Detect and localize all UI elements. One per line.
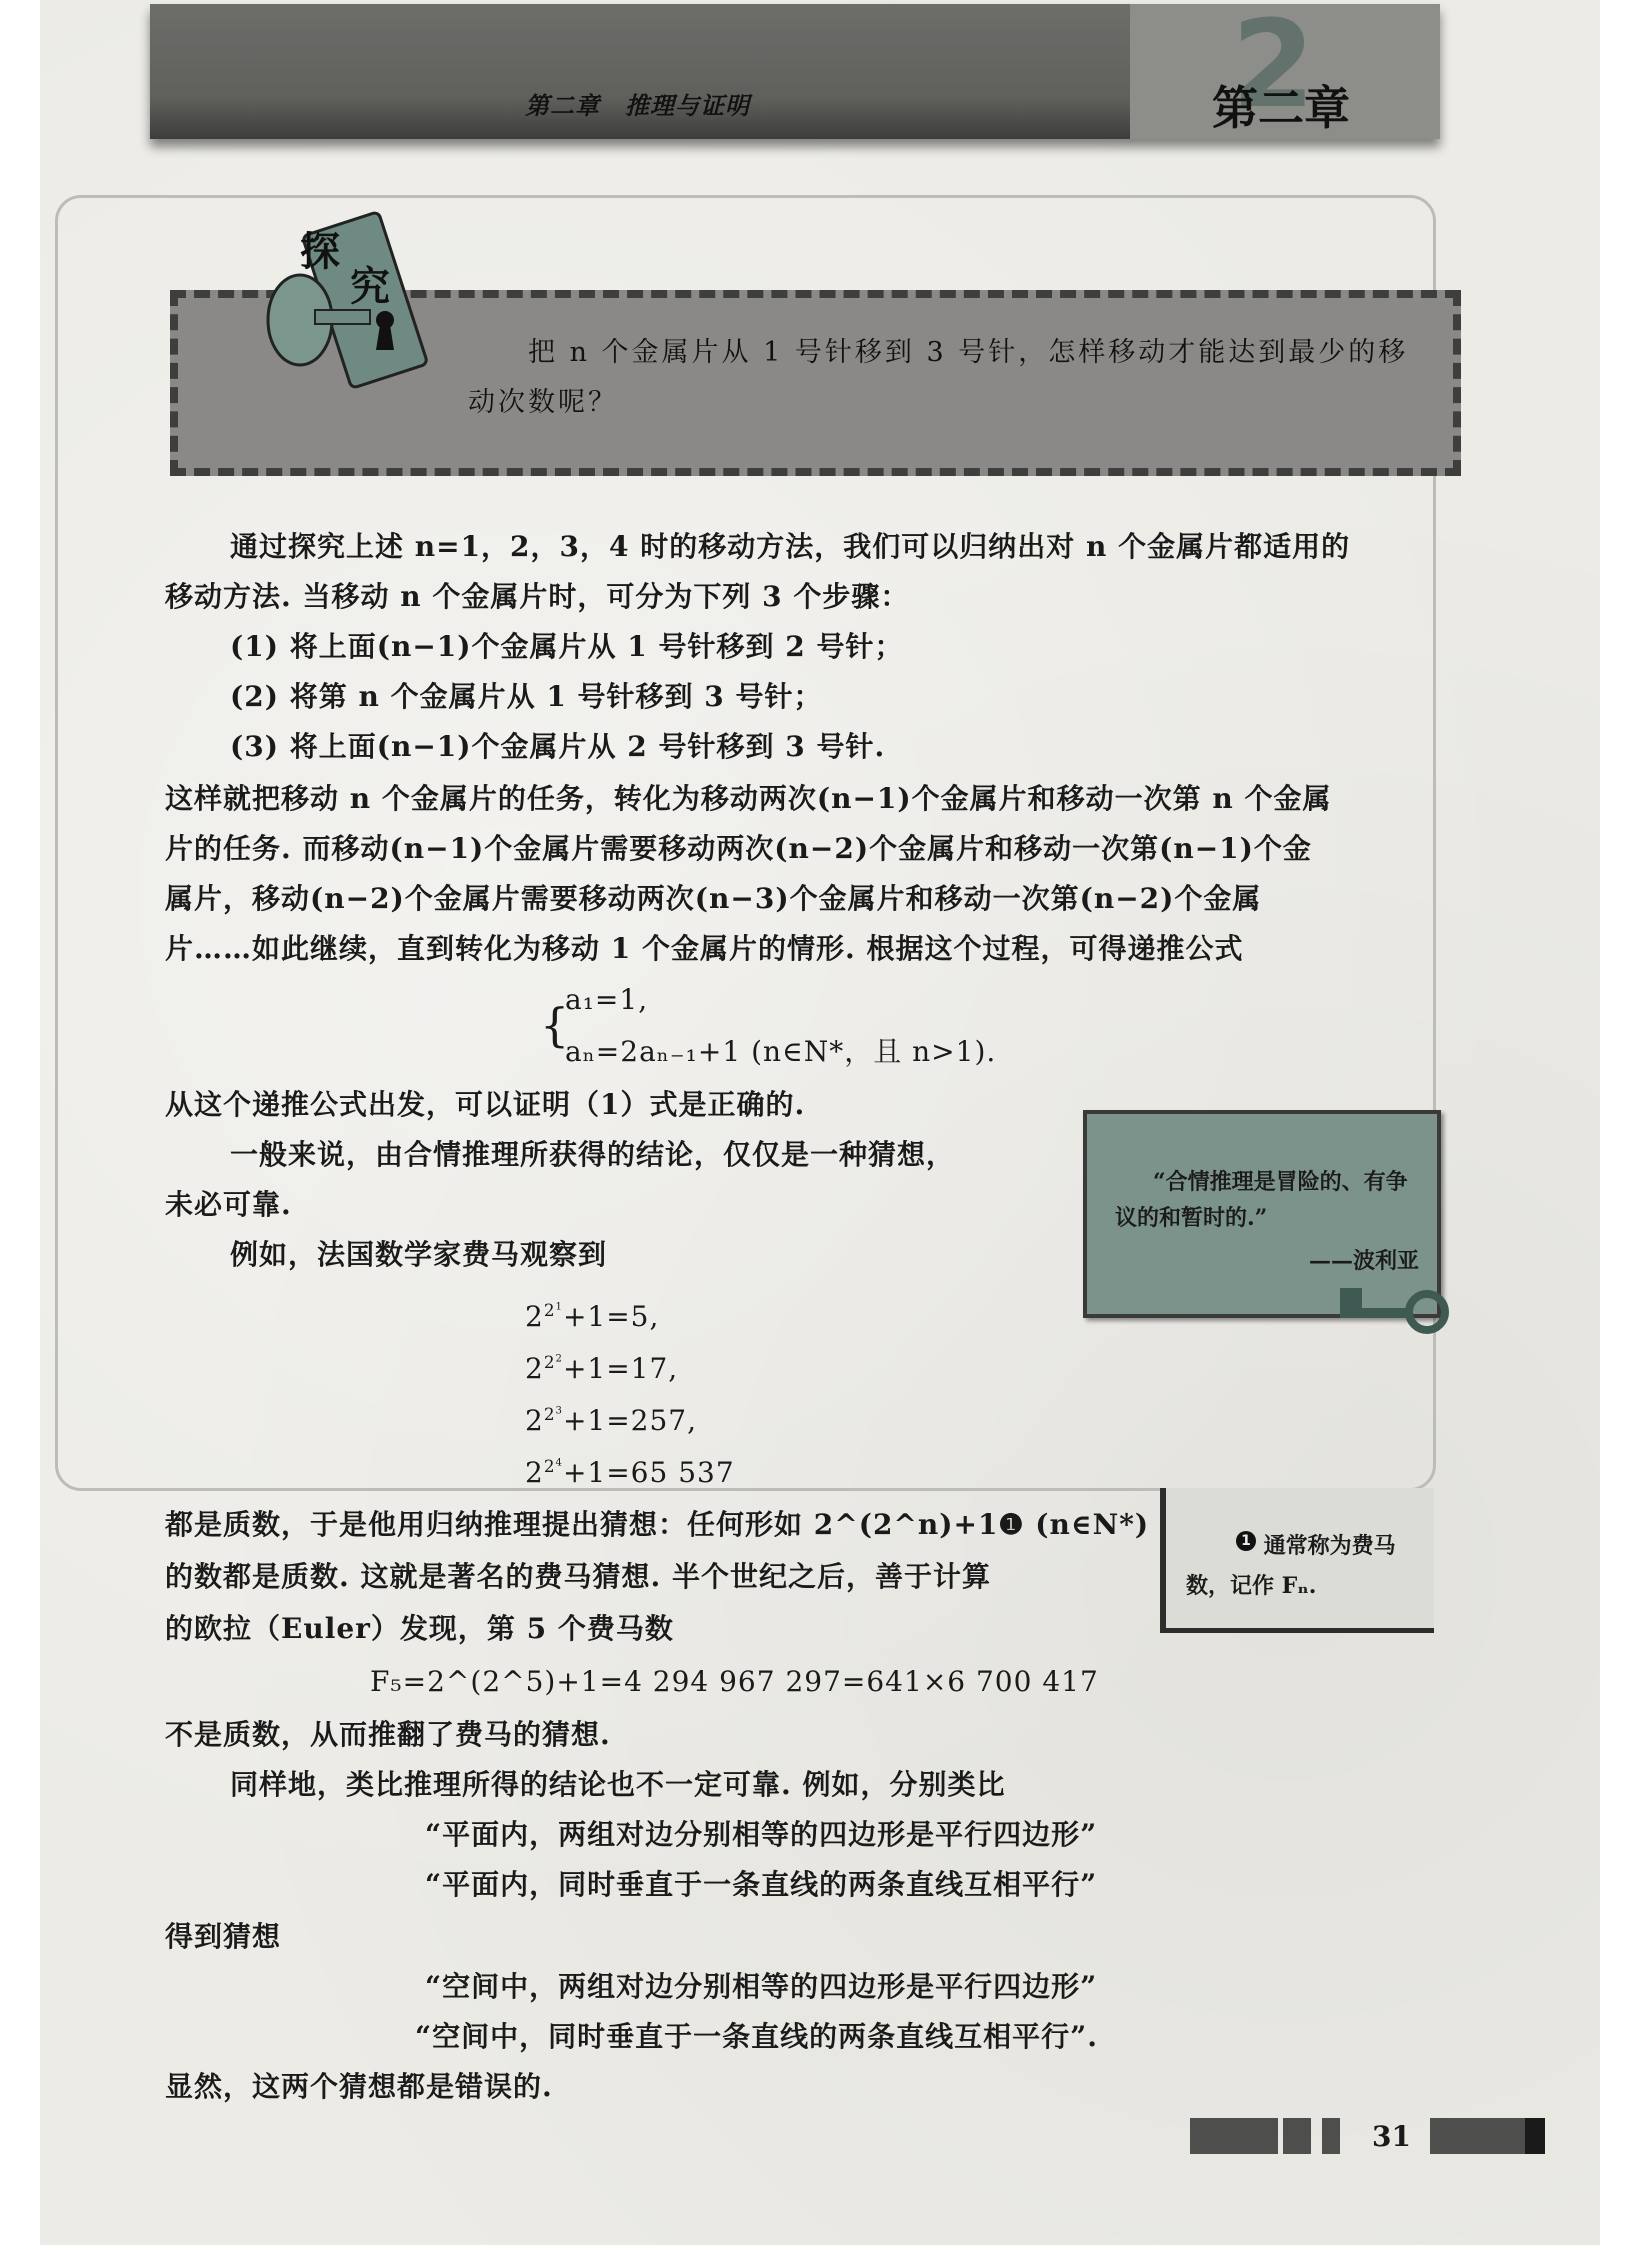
fermat-equation: 224+1=65 537 [525,1446,735,1490]
analogy-source-2: “平面内，同时垂直于一条直线的两条直线互相平行” [425,1868,1097,1902]
step-3: (3) 将上面(n−1)个金属片从 2 号针移到 3 号针. [165,730,885,764]
analogy-target-2: “空间中，同时垂直于一条直线的两条直线互相平行”. [415,2020,1098,2054]
formula-line-2: aₙ=2aₙ₋₁+1 (n∈N*，且 n>1). [565,1035,996,1069]
paragraph-2-line-1: 这样就把移动 n 个金属片的任务，转化为移动两次(n−1)个金属片和移动一次第 … [165,782,1332,816]
key-icon [1335,1282,1455,1342]
paragraph-2-line-2: 片的任务. 而移动(n−1)个金属片需要移动两次(n−2)个金属片和移动一次第(… [165,832,1312,866]
paragraph-6-line-2: 的数都是质数. 这就是著名的费马猜想. 半个世纪之后，善于计算 [165,1560,991,1594]
quote-text: “合情推理是冒险的、有争议的和暂时的.” [1115,1164,1425,1236]
paragraph-4-line-2: 未必可靠. [165,1188,292,1222]
fermat-equation: 223+1=257, [525,1394,697,1438]
paragraph-5: 例如，法国数学家费马观察到 [165,1238,607,1272]
page-number: 31 [1372,2120,1411,2153]
chapter-header: 2 第二章 推理与证明 第二章 [150,4,1440,139]
explore-question: 把 n 个金属片从 1 号针移到 3 号针，怎样移动才能达到最少的移动次数呢？ [468,328,1418,428]
paragraph-6-line-3: 的欧拉（Euler）发现，第 5 个费马数 [165,1612,674,1646]
quote-author: ——波利亚 [1309,1244,1419,1275]
page-bar-right-2 [1525,2118,1545,2154]
paragraph-9: 得到猜想 [165,1920,281,1954]
chapter-label: 第二章 [1212,72,1350,138]
paragraph-10: 显然，这两个猜想都是错误的. [165,2070,553,2104]
page-bar-left-3 [1322,2118,1340,2154]
analogy-source-1: “平面内，两组对边分别相等的四边形是平行四边形” [425,1818,1097,1852]
footnote-box: 1 通常称为费马数，记作 Fₙ. [1160,1488,1434,1633]
fermat-equation: 221+1=5, [525,1290,659,1334]
footnote-body: 通常称为费马数，记作 Fₙ. [1186,1533,1396,1599]
paragraph-7: 不是质数，从而推翻了费马的猜想. [165,1718,611,1752]
paragraph-3: 从这个递推公式出发，可以证明（1）式是正确的. [165,1088,805,1122]
page-bar-left-1 [1190,2118,1278,2154]
explore-label-2: 究 [350,255,390,312]
page-bar-right-1 [1430,2118,1525,2154]
footnote-marker: 1 [1236,1531,1256,1551]
paragraph-6-line-1: 都是质数，于是他用归纳推理提出猜想：任何形如 2^(2^n)+1❶ (n∈N*) [165,1508,1149,1542]
paragraph-8: 同样地，类比推理所得的结论也不一定可靠. 例如，分别类比 [165,1768,1006,1802]
paragraph-2-line-4: 片……如此继续，直到转化为移动 1 个金属片的情形. 根据这个过程，可得递推公式 [165,932,1243,966]
f5-formula: F₅=2^(2^5)+1=4 294 967 297=641×6 700 417 [370,1665,1099,1699]
step-2: (2) 将第 n 个金属片从 1 号针移到 3 号针； [165,680,823,714]
paragraph-2-line-3: 属片，移动(n−2)个金属片需要移动两次(n−3)个金属片和移动一次第(n−2)… [165,882,1261,916]
page-bar-left-2 [1283,2118,1311,2154]
paragraph-1-line-1: 通过探究上述 n=1，2，3，4 时的移动方法，我们可以归纳出对 n 个金属片都… [165,530,1350,564]
explore-label-1: 探 [300,220,340,277]
fermat-equation: 222+1=17, [525,1342,678,1386]
step-1: (1) 将上面(n−1)个金属片从 1 号针移到 2 号针； [165,630,903,664]
formula-line-1: a₁=1, [565,983,648,1017]
footnote-text: 1 通常称为费马数，记作 Fₙ. [1186,1526,1426,1606]
running-title: 第二章 推理与证明 [525,86,750,121]
paragraph-4-line-1: 一般来说，由合情推理所获得的结论，仅仅是一种猜想， [165,1138,955,1172]
analogy-target-1: “空间中，两组对边分别相等的四边形是平行四边形” [425,1970,1097,2004]
paragraph-1-line-2: 移动方法. 当移动 n 个金属片时，可分为下列 3 个步骤： [165,580,909,614]
